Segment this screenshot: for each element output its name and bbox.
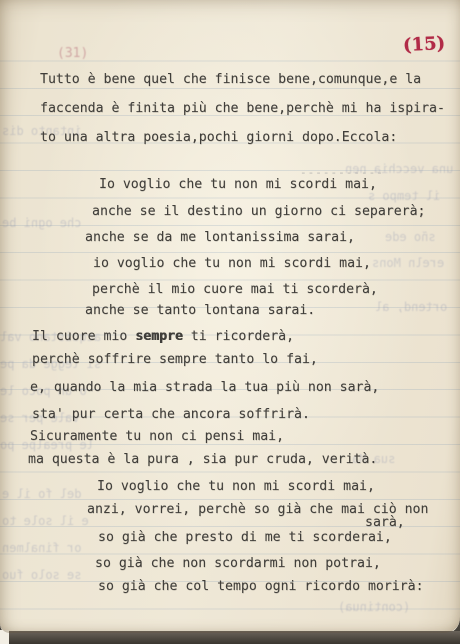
poem-line-part: Il cuore mio xyxy=(32,329,135,344)
poem-line-part: ti ricorderà, xyxy=(183,329,294,344)
poem-line: anche se da me lontanissima sarai, xyxy=(85,230,355,246)
bleed-through-text: sño ede xyxy=(385,230,436,244)
bleed-through-text: del fo il e xyxy=(2,487,81,501)
poem-line: anche se tanto lontana sarai. xyxy=(85,303,315,319)
bleed-through-text: or finalmen xyxy=(2,541,81,555)
poem-line: perchè soffrire sempre tanto lo fai, xyxy=(32,352,318,368)
faded-margin-mark: (31) xyxy=(57,46,88,61)
poem-line: Il cuore mio sempre ti ricorderà, xyxy=(32,329,294,345)
poem-line: Io voglio che tu non mi scordi mai, xyxy=(99,177,377,193)
poem-line-continuation: sarà, xyxy=(365,515,405,531)
poem-line: io voglio che tu non mi scordi mai, xyxy=(93,256,371,272)
bleed-through-text: ortend, al xyxy=(375,300,447,314)
poem-line: ma questa è la pura , sia pur cruda, ver… xyxy=(28,452,377,468)
backing-sheet-sliver xyxy=(0,630,9,644)
poem-line: e, quando la mia strada la tua più non s… xyxy=(30,380,379,396)
bleed-through-text: che ogni be xyxy=(2,216,81,230)
poem-line-part-emphasis: sempre xyxy=(135,329,183,344)
scan-background-edge xyxy=(0,631,460,644)
scanned-typewritten-page: intanto dis una vecchia nen il tempo s c… xyxy=(0,0,460,644)
page-number: (15) xyxy=(402,33,445,56)
paragraph-line: faccenda è finita più che bene,perchè mi… xyxy=(40,101,445,117)
poem-line: so già che presto di me ti scorderai, xyxy=(98,530,392,546)
poem-line: Sicuramente tu non ci pensi mai, xyxy=(30,429,284,445)
paragraph-line: to una altra poesia,pochi giorni dopo.Ec… xyxy=(40,130,397,146)
bleed-through-text: ereln Mons xyxy=(372,256,444,270)
bleed-through-text: se solo fuo xyxy=(2,568,81,582)
poem-line: so già che col tempo ogni ricordo morirà… xyxy=(98,579,424,595)
poem-line: so già che non scordarmi non potrai, xyxy=(95,556,381,572)
bleed-through-text: il tempo s xyxy=(368,189,440,203)
poem-line: sta' pur certa che ancora soffrirà. xyxy=(32,407,310,423)
paragraph-line: Tutto è bene quel che finisce bene,comun… xyxy=(40,72,421,88)
bleed-through-text: e il sole to xyxy=(2,514,89,528)
poem-line: Io voglio che tu non mi scordi mai, xyxy=(97,479,375,495)
poem-line: anche se il destino un giorno ci separer… xyxy=(92,204,425,220)
bleed-through-text: (continua) xyxy=(338,600,410,614)
poem-line: perchè il mio cuore mai ti scorderà, xyxy=(92,282,378,298)
